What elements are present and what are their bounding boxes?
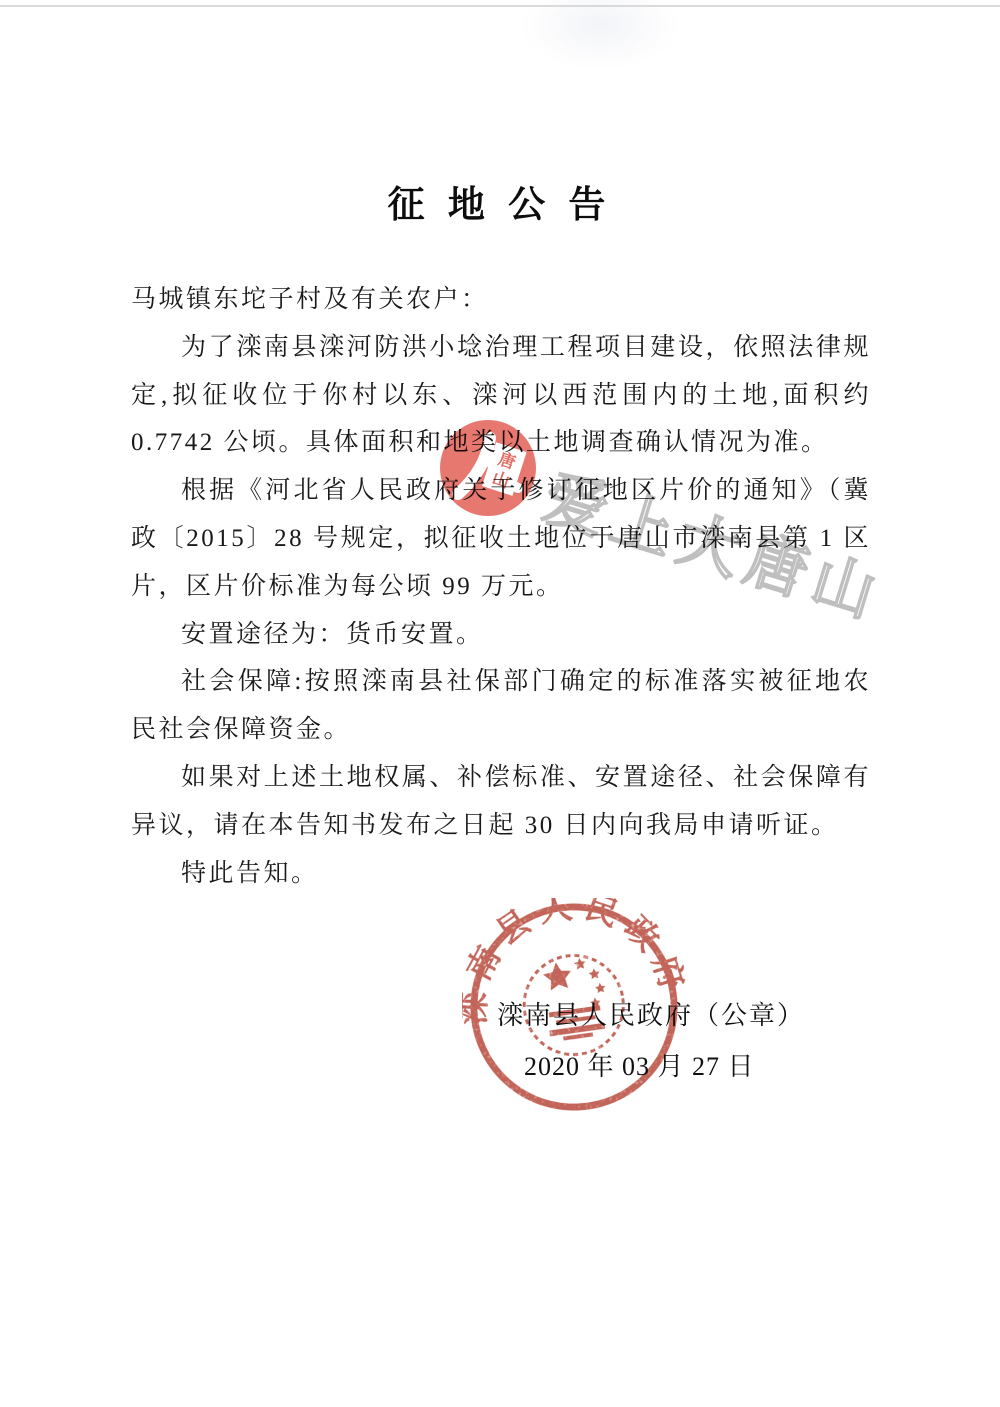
seal-emblem — [518, 949, 630, 1061]
paragraph-4: 社会保障:按照滦南县社保部门确定的标准落实被征地农民社会保障资金。 — [131, 658, 871, 754]
tangshan-logo-watermark: 唐 山 — [438, 418, 538, 518]
paragraph-5: 如果对上述土地权属、补偿标准、安置途径、社会保障有异议，请在本告知书发布之日起 … — [131, 754, 871, 850]
scan-edge-line — [0, 5, 1000, 7]
page-title: 征 地 公 告 — [0, 174, 1000, 228]
official-seal: 滦南县人民政府 — [462, 898, 686, 1116]
paragraph-3: 安置途径为：货币安置。 — [131, 611, 871, 659]
paragraph-6: 特此告知。 — [131, 850, 871, 898]
seal-graphic: 滦南县人民政府 — [462, 898, 686, 1116]
document-body: 马城镇东坨子村及有关农户： 为了滦南县滦河防洪小埝治理工程项目建设，依照法律规定… — [131, 276, 871, 897]
scan-noise — [520, 0, 680, 70]
document-page: 征 地 公 告 马城镇东坨子村及有关农户： 为了滦南县滦河防洪小埝治理工程项目建… — [0, 0, 1000, 1407]
seal-gate-shape — [547, 1005, 606, 1042]
salutation: 马城镇东坨子村及有关农户： — [131, 276, 871, 324]
